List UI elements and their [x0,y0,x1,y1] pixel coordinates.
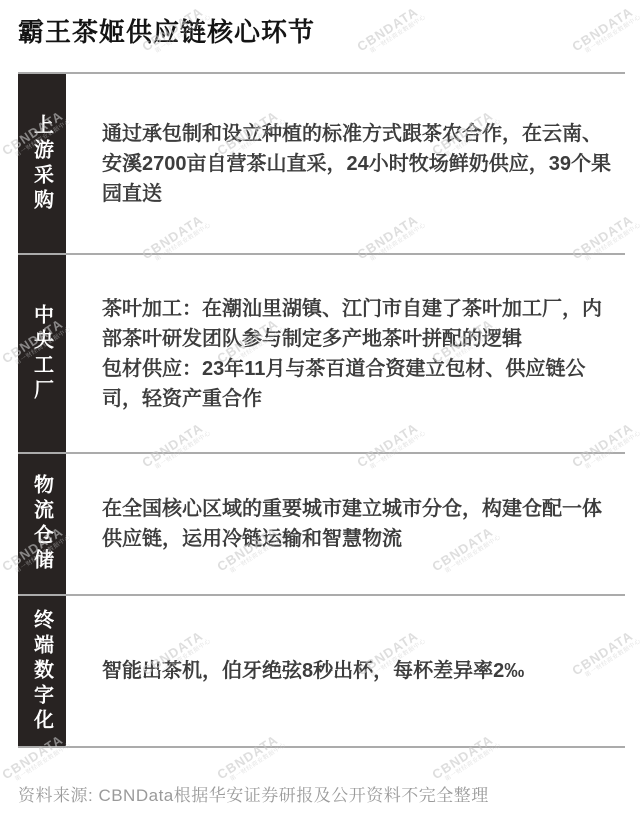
watermark-subtext: 第一财经商业数据中心 [368,14,430,57]
infographic-page: 霸王茶姬供应链核心环节 上游采购 通过承包制和设立种植的标准方式跟茶农合作，在云… [0,0,640,814]
row-label-upstream-procurement: 上游采购 [18,74,66,253]
row-label-text: 终端数字化 [28,609,57,734]
row-content-central-factory: 茶叶加工：在潮汕里湖镇、江门市自建了茶叶加工厂，内部茶叶研发团队参与制定多产地茶… [66,255,625,452]
row-content-text: 茶叶加工：在潮汕里湖镇、江门市自建了茶叶加工厂，内部茶叶研发团队参与制定多产地茶… [102,294,619,414]
row-label-central-factory: 中央工厂 [18,255,66,452]
row-content-terminal-digitalization: 智能出茶机，伯牙绝弦8秒出杯，每杯差异率2‰ [66,596,625,746]
watermark-subtext: 第一财经商业数据中心 [443,742,505,785]
row-label-logistics-warehousing: 物流仓储 [18,454,66,594]
watermark-subtext: 第一财经商业数据中心 [228,742,290,785]
watermark-subtext: 第一财经商业数据中心 [583,14,640,57]
row-label-text: 上游采购 [28,114,57,214]
page-title: 霸王茶姬供应链核心环节 [18,12,315,49]
row-content-text: 智能出茶机，伯牙绝弦8秒出杯，每杯差异率2‰ [102,656,524,686]
watermark-subtext: 第一财经商业数据中心 [13,742,75,785]
cbndata-watermark: CBNDATA第一财经商业数据中心 [570,5,640,60]
row-content-logistics-warehousing: 在全国核心区域的重要城市建立城市分仓，构建仓配一体供应链，运用冷链运输和智慧物流 [66,454,625,594]
row-label-terminal-digitalization: 终端数字化 [18,596,66,746]
cbndata-watermark: CBNDATA第一财经商业数据中心 [355,5,425,60]
source-note: 资料来源: CBNData根据华安证券研报及公开资料不完全整理 [18,781,489,806]
row-logistics-warehousing: 物流仓储 在全国核心区域的重要城市建立城市分仓，构建仓配一体供应链，运用冷链运输… [18,452,625,594]
watermark-text: CBNDATA [570,5,636,55]
row-content-text: 通过承包制和设立种植的标准方式跟茶农合作，在云南、安溪2700亩自营茶山直采，2… [102,119,619,209]
row-central-factory: 中央工厂 茶叶加工：在潮汕里湖镇、江门市自建了茶叶加工厂，内部茶叶研发团队参与制… [18,253,625,452]
row-label-text: 中央工厂 [28,304,57,404]
supply-chain-table: 上游采购 通过承包制和设立种植的标准方式跟茶农合作，在云南、安溪2700亩自营茶… [18,72,625,748]
row-terminal-digitalization: 终端数字化 智能出茶机，伯牙绝弦8秒出杯，每杯差异率2‰ [18,594,625,746]
row-upstream-procurement: 上游采购 通过承包制和设立种植的标准方式跟茶农合作，在云南、安溪2700亩自营茶… [18,74,625,253]
row-content-text: 在全国核心区域的重要城市建立城市分仓，构建仓配一体供应链，运用冷链运输和智慧物流 [102,494,619,554]
row-label-text: 物流仓储 [28,474,57,574]
watermark-text: CBNDATA [355,5,421,55]
row-content-upstream-procurement: 通过承包制和设立种植的标准方式跟茶农合作，在云南、安溪2700亩自营茶山直采，2… [66,74,625,253]
